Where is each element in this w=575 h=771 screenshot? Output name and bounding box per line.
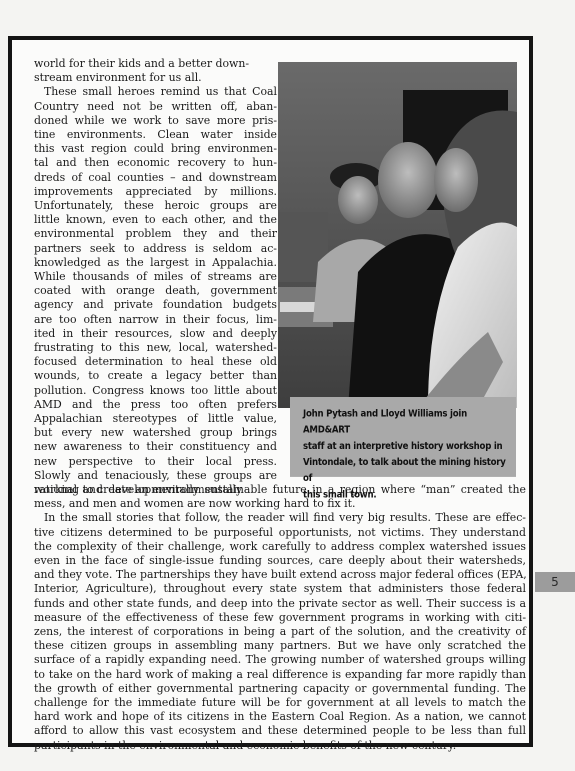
text-line: ited in their resources, slow and deeply bbox=[34, 327, 277, 341]
text-line: mess, and men and women are now working … bbox=[34, 497, 526, 511]
workshop-photo bbox=[278, 62, 517, 408]
text-line: challenge for the immediate future will … bbox=[34, 696, 526, 710]
text-line: new awareness to their constituency and bbox=[34, 440, 277, 454]
text-line: partners seek to address is seldom ac- bbox=[34, 242, 277, 256]
text-line: Interior, Agriculture), throughout every… bbox=[34, 582, 526, 596]
text-line: the complexity of their challenge, work … bbox=[34, 540, 526, 554]
text-line: In the small stories that follow, the re… bbox=[34, 511, 526, 525]
text-line: afford to allow this vast ecosystem and … bbox=[34, 724, 526, 738]
text-line: funds and other state funds, and deep in… bbox=[34, 597, 526, 611]
text-line: environmental problem they and their bbox=[34, 227, 277, 241]
text-line: tal and then economic recovery to hun- bbox=[34, 156, 277, 170]
page-frame: world for their kids and a better down- … bbox=[8, 36, 533, 747]
text-line: new perspective to their local press. bbox=[34, 455, 277, 469]
text-line: tive citizens determined to be purposefu… bbox=[34, 526, 526, 540]
text-line: this vast region could bring environmen- bbox=[34, 142, 277, 156]
text-line: These small heroes remind us that Coal bbox=[34, 85, 277, 99]
full-width-text: rational and developmentally sustainable… bbox=[34, 483, 526, 753]
text-line: While thousands of miles of streams are bbox=[34, 270, 277, 284]
text-line: measure of the effectiveness of these fe… bbox=[34, 611, 526, 625]
text-line: coated with orange death, government bbox=[34, 284, 277, 298]
text-line: but every new watershed group brings bbox=[34, 426, 277, 440]
text-line: rational and developmentally sustainable… bbox=[34, 483, 526, 497]
text-line: pollution. Congress knows too little abo… bbox=[34, 384, 277, 398]
text-line: doned while we work to save more pris- bbox=[34, 114, 277, 128]
photo-image bbox=[278, 62, 517, 408]
text-line: agency and private foundation budgets bbox=[34, 298, 277, 312]
caption-line: John Pytash and Lloyd Williams join AMD&… bbox=[303, 407, 508, 439]
text-line: Unfortunately, these heroic groups are bbox=[34, 199, 277, 213]
left-column-text: world for their kids and a better down- … bbox=[34, 57, 277, 497]
text-line: the growth of either governmental partne… bbox=[34, 682, 526, 696]
text-line: stream environment for us all. bbox=[34, 71, 277, 85]
text-line: even in the face of single-issue funding… bbox=[34, 554, 526, 568]
text-line: these citizen groups in assembling many … bbox=[34, 639, 526, 653]
text-line: frustrating to this new, local, watershe… bbox=[34, 341, 277, 355]
text-line: focused determination to heal these old bbox=[34, 355, 277, 369]
text-line: zens, the interest of corporations in be… bbox=[34, 625, 526, 639]
caption-line: staff at an interpretive history worksho… bbox=[303, 439, 508, 455]
text-line: world for their kids and a better down- bbox=[34, 57, 277, 71]
text-line: wounds, to create a legacy better than bbox=[34, 369, 277, 383]
text-line: tine environments. Clean water inside bbox=[34, 128, 277, 142]
text-line: participants in the environmental and ec… bbox=[34, 739, 526, 753]
text-line: are too often narrow in their focus, lim… bbox=[34, 313, 277, 327]
text-line: AMD and the press too often prefers bbox=[34, 398, 277, 412]
text-line: Country need not be written off, aban- bbox=[34, 100, 277, 114]
text-line: Slowly and tenaciously, these groups are bbox=[34, 469, 277, 483]
text-line: knowledged as the largest in Appalachia. bbox=[34, 256, 277, 270]
text-line: hard work and hope of its citizens in th… bbox=[34, 710, 526, 724]
text-line: improvements appreciated by millions. bbox=[34, 185, 277, 199]
text-line: dreds of coal counties – and downstream bbox=[34, 171, 277, 185]
page-number-tab: 5 bbox=[535, 572, 575, 592]
text-line: Appalachian stereotypes of little value, bbox=[34, 412, 277, 426]
photo-caption: John Pytash and Lloyd Williams join AMD&… bbox=[290, 397, 516, 477]
text-line: little known, even to each other, and th… bbox=[34, 213, 277, 227]
text-line: and they vote. The partnerships they hav… bbox=[34, 568, 526, 582]
text-line: surface of a rapidly expanding need. The… bbox=[34, 653, 526, 667]
text-line: to take on the hard work of making a rea… bbox=[34, 668, 526, 682]
